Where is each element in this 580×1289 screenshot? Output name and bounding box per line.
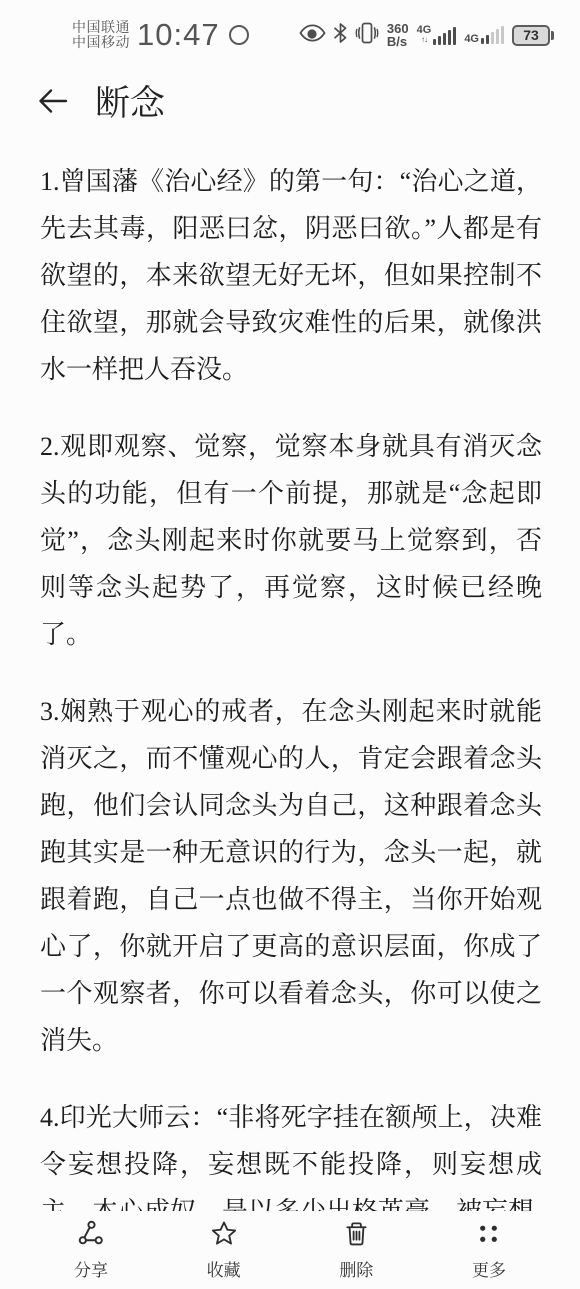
battery-icon: 73 (512, 25, 550, 46)
vibrate-icon (355, 22, 379, 49)
back-arrow-icon (36, 86, 69, 116)
carrier-line2: 中国移动 (72, 35, 130, 50)
note-header: 断念 (36, 76, 544, 126)
note-body[interactable]: 1.曾国藩《治心经》的第一句：“治心之道，先去其毒，阳恶曰忿，阴恶曰欲。”人都是… (40, 158, 542, 1265)
status-bar: 中国联通 中国移动 10:47 360 B/s 4G (0, 0, 580, 62)
sim1-data-arrows-icon: ↑↓ (421, 35, 427, 45)
alarm-clock-icon (229, 25, 249, 45)
note-paragraph-1: 1.曾国藩《治心经》的第一句：“治心之道，先去其毒，阳恶曰忿，阴恶曰欲。”人都是… (40, 158, 542, 393)
share-label: 分享 (74, 1256, 108, 1281)
network-speed: 360 B/s (387, 22, 409, 48)
more-button[interactable]: 更多 (450, 1220, 528, 1289)
battery-indicator: 73 (512, 25, 554, 46)
sim1-network-label: 4G (417, 25, 432, 35)
sim2-network-label: 4G (464, 34, 479, 44)
notes-app-screen: 中国联通 中国移动 10:47 360 B/s 4G (0, 0, 580, 1289)
bluetooth-icon (334, 23, 347, 48)
back-button[interactable] (36, 86, 69, 116)
more-label: 更多 (472, 1256, 506, 1281)
more-dots-icon (475, 1220, 502, 1252)
share-icon (78, 1220, 105, 1252)
delete-label: 删除 (339, 1256, 373, 1281)
bottom-toolbar: 分享 收藏 删除 更多 (0, 1211, 580, 1289)
trash-icon (343, 1220, 370, 1252)
status-bar-right: 360 B/s 4G ↑↓ 4G 7 (299, 22, 554, 49)
status-time: 10:47 (137, 17, 220, 53)
eye-comfort-icon (299, 24, 326, 47)
carrier-line1: 中国联通 (72, 20, 130, 35)
status-bar-left: 中国联通 中国移动 10:47 (72, 17, 249, 53)
note-paragraph-3: 3.娴熟于观心的戒者，在念头刚起来时就能消灭之，而不懂观心的人，肯定会跟着念头跑… (40, 688, 542, 1064)
favorite-button[interactable]: 收藏 (185, 1220, 263, 1289)
sim2-signal-bars-icon (481, 26, 504, 44)
sim1-signal-bars-icon (433, 27, 456, 45)
share-button[interactable]: 分享 (52, 1220, 130, 1289)
carrier-names: 中国联通 中国移动 (72, 20, 130, 50)
star-icon (210, 1220, 238, 1252)
favorite-label: 收藏 (207, 1256, 241, 1281)
sim2-signal: 4G (464, 26, 504, 44)
note-title: 断念 (95, 76, 165, 126)
battery-percent: 73 (523, 27, 539, 43)
network-speed-unit: B/s (387, 35, 409, 48)
note-paragraph-2: 2.观即观察、觉察，觉察本身就具有消灭念头的功能，但有一个前提，那就是“念起即觉… (40, 423, 542, 658)
delete-button[interactable]: 删除 (317, 1220, 395, 1289)
sim1-signal: 4G ↑↓ (417, 25, 457, 45)
